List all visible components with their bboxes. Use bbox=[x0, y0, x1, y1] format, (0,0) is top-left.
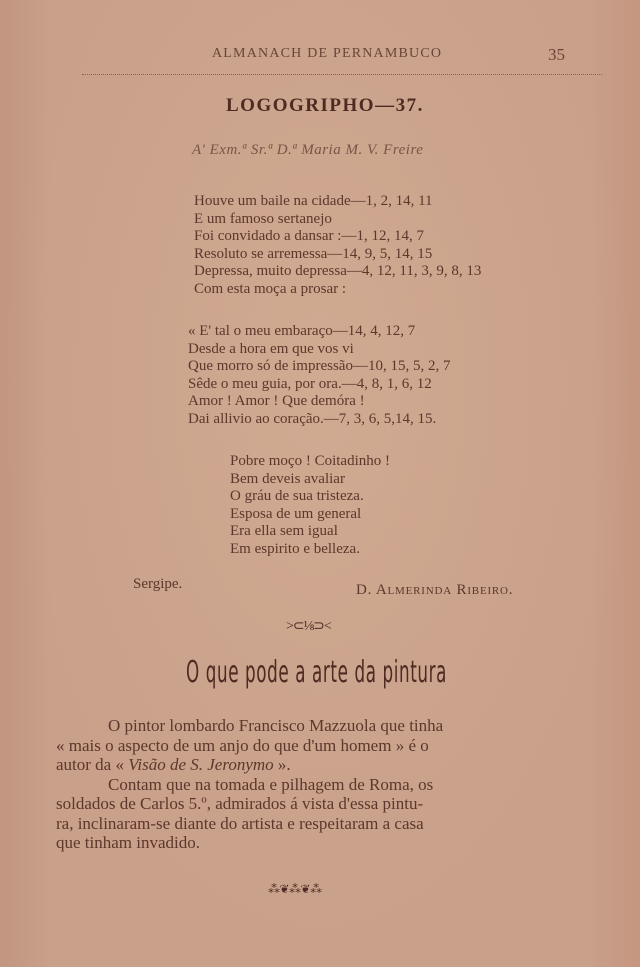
verse-line: Resoluto se arremessa—14, 9, 5, 14, 15 bbox=[194, 246, 481, 264]
verse-line: Amor ! Amor ! Que demóra ! bbox=[188, 393, 450, 411]
verse-line: E um famoso sertanejo bbox=[194, 211, 481, 229]
article-body: O pintor lombardo Francisco Mazzuola que… bbox=[56, 716, 588, 853]
verse-line: Esposa de um general bbox=[230, 506, 390, 524]
almanac-page: ALMANACH DE PERNAMBUCO 35 LOGOGRIPHO—37.… bbox=[0, 0, 640, 967]
paragraph-line: ra, inclinaram-se diante do artista e re… bbox=[56, 814, 588, 834]
verse-line: « E' tal o meu embaraço—14, 4, 12, 7 bbox=[188, 323, 450, 341]
verse-line: Em espirito e belleza. bbox=[230, 541, 390, 559]
stanza-2: « E' tal o meu embaraço—14, 4, 12, 7 Des… bbox=[188, 323, 450, 428]
verse-line: Sêde o meu guia, por ora.—4, 8, 1, 6, 12 bbox=[188, 376, 450, 394]
verse-line: Pobre moço ! Coitadinho ! bbox=[230, 453, 390, 471]
verse-line: Houve um baile na cidade—1, 2, 14, 11 bbox=[194, 193, 481, 211]
end-ornament-icon: ⁂❦⁂❦⁂ bbox=[268, 882, 322, 897]
logogripho-title: LOGOGRIPHO—37. bbox=[226, 95, 424, 117]
dedication: A' Exm.ª Sr.ª D.ª Maria M. V. Freire bbox=[192, 142, 423, 159]
paragraph-line: que tinham invadido. bbox=[56, 833, 588, 853]
verse-line: O gráu de sua tristeza. bbox=[230, 488, 390, 506]
page-number: 35 bbox=[548, 45, 565, 65]
verse-line: Bem deveis avaliar bbox=[230, 471, 390, 489]
verse-line: Que morro só de impressão—10, 15, 5, 2, … bbox=[188, 358, 450, 376]
stanza-3: Pobre moço ! Coitadinho ! Bem deveis ava… bbox=[230, 453, 390, 558]
paragraph-line: soldados de Carlos 5.º, admirados á vist… bbox=[56, 794, 588, 814]
stanza-1: Houve um baile na cidade—1, 2, 14, 11 E … bbox=[194, 193, 481, 298]
work-title: Visão de S. Jeronymo bbox=[128, 755, 273, 774]
separator-ornament-icon: >⊂⅛⊃< bbox=[286, 618, 331, 635]
verse-line: Com esta moça a prosar : bbox=[194, 281, 481, 299]
paragraph-line: O pintor lombardo Francisco Mazzuola que… bbox=[56, 716, 588, 736]
paragraph-line: « mais o aspecto de um anjo do que d'um … bbox=[56, 736, 588, 756]
paragraph-text: autor da « bbox=[56, 755, 128, 774]
header-rule bbox=[82, 74, 602, 75]
paragraph-text: ». bbox=[274, 755, 291, 774]
running-head-title: ALMANACH DE PERNAMBUCO bbox=[212, 46, 442, 62]
article-title: O que pode a arte da pintura bbox=[186, 655, 447, 690]
paragraph-line: autor da « Visão de S. Jeronymo ». bbox=[56, 755, 588, 775]
verse-line: Foi convidado a dansar :—1, 12, 14, 7 bbox=[194, 228, 481, 246]
signature-author: D. Almerinda Ribeiro. bbox=[356, 582, 513, 599]
paragraph-1: O pintor lombardo Francisco Mazzuola que… bbox=[56, 716, 588, 775]
signature-place: Sergipe. bbox=[133, 576, 182, 593]
paragraph-2: Contam que na tomada e pilhagem de Roma,… bbox=[56, 775, 588, 853]
paragraph-line: Contam que na tomada e pilhagem de Roma,… bbox=[56, 775, 588, 795]
verse-line: Depressa, muito depressa—4, 12, 11, 3, 9… bbox=[194, 263, 481, 281]
verse-line: Dai allivio ao coração.—7, 3, 6, 5,14, 1… bbox=[188, 411, 450, 429]
verse-line: Era ella sem igual bbox=[230, 523, 390, 541]
verse-line: Desde a hora em que vos vi bbox=[188, 341, 450, 359]
